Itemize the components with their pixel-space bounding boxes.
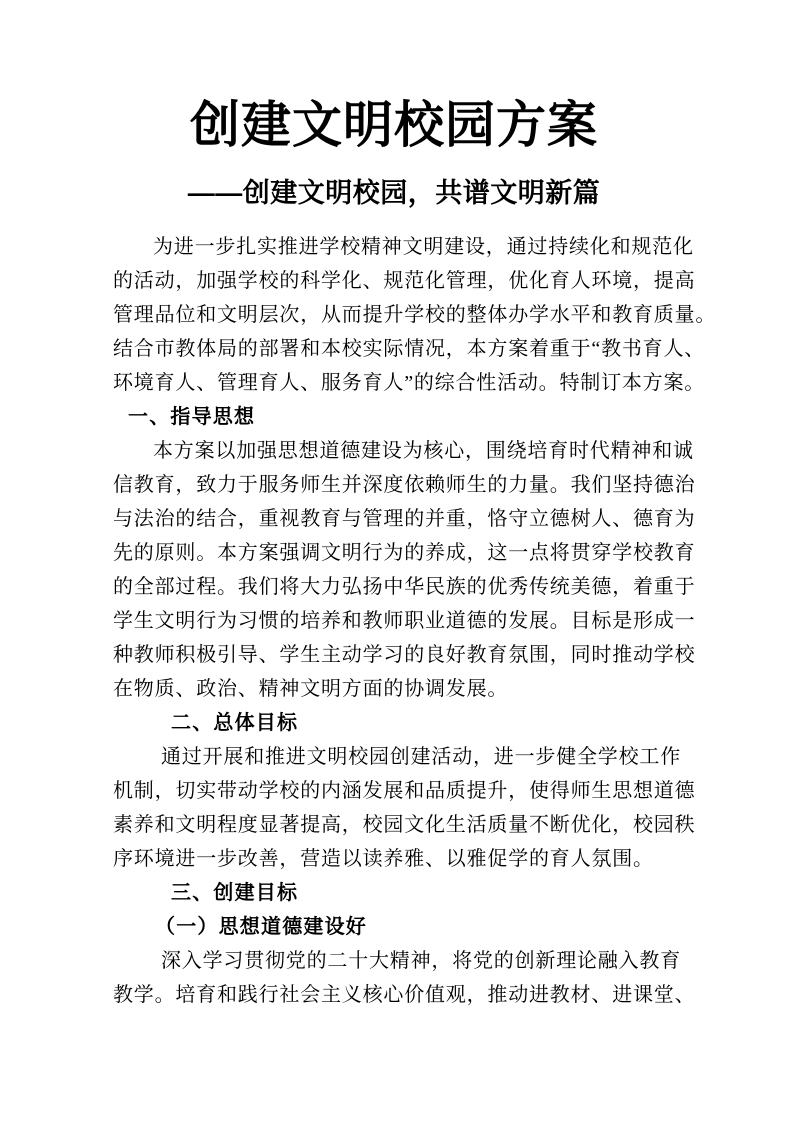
text-line: 管理品位和文明层次，从而提升学校的整体办学水平和教育质量。	[113, 298, 675, 332]
document-page: 创建文明校园方案 ——创建文明校园，共谱文明新篇 为进一步扎实推进学校精神文明建…	[0, 0, 793, 1122]
paragraph-guiding-ideology: 本方案以加强思想道德建设为核心，围绕培育时代精神和诚 信教育，致力于服务师生并深…	[113, 434, 675, 706]
text-line: 种教师积极引导、学生主动学习的良好教育氛围，同时推动学校	[113, 638, 675, 672]
text-line: 本方案以加强思想道德建设为核心，围绕培育时代精神和诚	[113, 434, 675, 468]
paragraph-overall-goal: 通过开展和推进文明校园创建活动，进一步健全学校工作 机制，切实带动学校的内涵发展…	[113, 740, 675, 876]
paragraph-moral-construction: 深入学习贯彻党的二十大精神，将党的创新理论融入教育 教学。培育和践行社会主义核心…	[113, 944, 675, 1012]
heading-overall-goal: 二、总体目标	[113, 706, 675, 740]
text-line: 的全部过程。我们将大力弘扬中华民族的优秀传统美德，着重于	[113, 570, 675, 604]
document-title: 创建文明校园方案	[113, 96, 675, 154]
text-line: 结合市教体局的部署和本校实际情况，本方案着重于“教书育人、	[113, 332, 675, 366]
heading-moral-construction: （一）思想道德建设好	[113, 910, 675, 944]
text-line: 为进一步扎实推进学校精神文明建设，通过持续化和规范化	[113, 230, 675, 264]
document-body: 为进一步扎实推进学校精神文明建设，通过持续化和规范化 的活动，加强学校的科学化、…	[113, 230, 675, 1012]
text-line: 信教育，致力于服务师生并深度依赖师生的力量。我们坚持德治	[113, 468, 675, 502]
text-line: 环境育人、管理育人、服务育人”的综合性活动。特制订本方案。	[113, 366, 675, 400]
text-line: 在物质、政治、精神文明方面的协调发展。	[113, 672, 675, 706]
heading-guiding-ideology: 一、指导思想	[113, 400, 675, 434]
text-line: 深入学习贯彻党的二十大精神，将党的创新理论融入教育	[113, 944, 675, 978]
text-line: 与法治的结合，重视教育与管理的并重，恪守立德树人、德育为	[113, 502, 675, 536]
document-subtitle: ——创建文明校园，共谱文明新篇	[113, 176, 675, 210]
heading-creation-goal: 三、创建目标	[113, 876, 675, 910]
paragraph-intro: 为进一步扎实推进学校精神文明建设，通过持续化和规范化 的活动，加强学校的科学化、…	[113, 230, 675, 400]
text-line: 机制，切实带动学校的内涵发展和品质提升，使得师生思想道德	[113, 774, 675, 808]
text-line: 序环境进一步改善，营造以读养雅、以雅促学的育人氛围。	[113, 842, 675, 876]
text-line: 教学。培育和践行社会主义核心价值观，推动进教材、进课堂、	[113, 978, 675, 1012]
text-line: 先的原则。本方案强调文明行为的养成，这一点将贯穿学校教育	[113, 536, 675, 570]
text-line: 通过开展和推进文明校园创建活动，进一步健全学校工作	[113, 740, 675, 774]
text-line: 素养和文明程度显著提高，校园文化生活质量不断优化，校园秩	[113, 808, 675, 842]
text-line: 学生文明行为习惯的培养和教师职业道德的发展。目标是形成一	[113, 604, 675, 638]
text-line: 的活动，加强学校的科学化、规范化管理，优化育人环境，提高	[113, 264, 675, 298]
